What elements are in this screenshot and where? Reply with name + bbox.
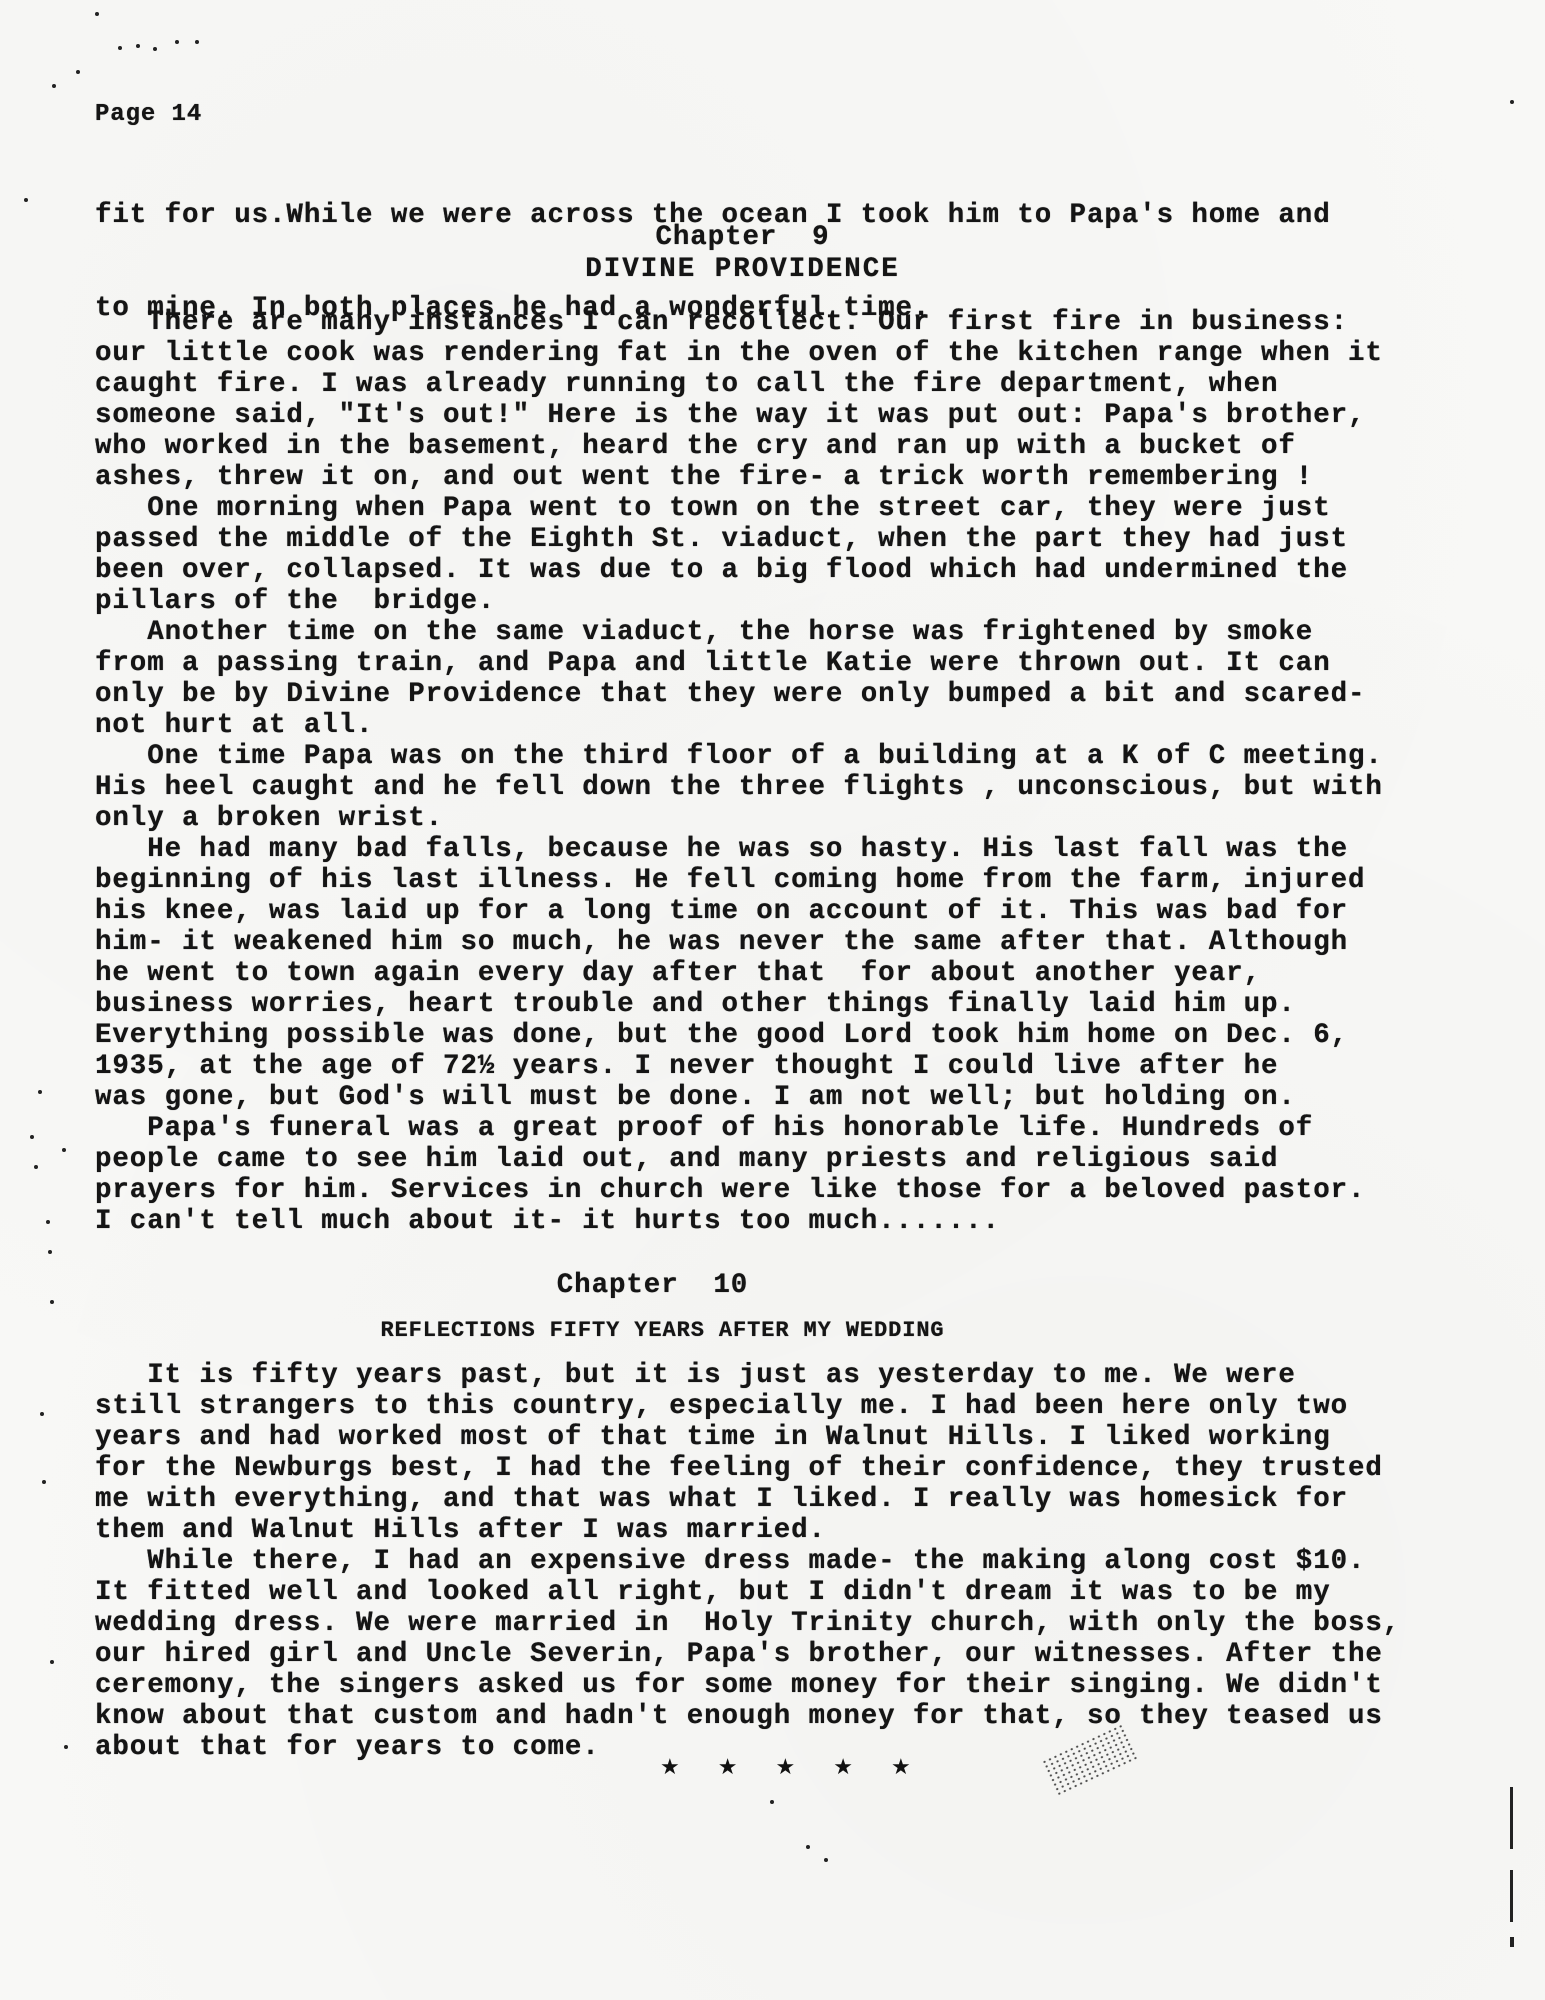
scan-speck <box>24 198 28 202</box>
margin-rule-mark <box>1510 1787 1513 1849</box>
text-line: One time Papa was on the third floor of … <box>95 741 1383 772</box>
end-ornament: ★★★★★ <box>660 1755 911 1780</box>
text-line: ceremony, the singers asked us for some … <box>95 1670 1400 1701</box>
text-line: pillars of the bridge. <box>95 586 1383 617</box>
scan-speck <box>46 1220 50 1224</box>
text-line: his knee, was laid up for a long time on… <box>95 896 1383 927</box>
text-line: There are many instances I can recollect… <box>95 307 1383 338</box>
text-line: prayers for him. Services in church were… <box>95 1175 1383 1206</box>
text-line: One morning when Papa went to town on th… <box>95 493 1383 524</box>
text-line: passed the middle of the Eighth St. viad… <box>95 524 1383 555</box>
chapter-9-body: There are many instances I can recollect… <box>95 307 1383 1237</box>
text-line: Papa's funeral was a great proof of his … <box>95 1113 1383 1144</box>
text-line: been over, collapsed. It was due to a bi… <box>95 555 1383 586</box>
text-line: him- it weakened him so much, he was nev… <box>95 927 1383 958</box>
margin-rule-mark <box>1510 1870 1513 1922</box>
scan-speck <box>38 1090 42 1094</box>
chapter-9-subtitle: DIVINE PROVIDENCE <box>0 254 1515 285</box>
text-line: It fitted well and looked all right, but… <box>95 1577 1400 1608</box>
text-line: he went to town again every day after th… <box>95 958 1383 989</box>
text-line: our hired girl and Uncle Severin, Papa's… <box>95 1639 1400 1670</box>
scan-speck <box>40 1412 44 1416</box>
text-line: was gone, but God's will must be done. I… <box>95 1082 1383 1113</box>
scan-speck <box>50 1660 54 1664</box>
text-line: I can't tell much about it- it hurts too… <box>95 1206 1383 1237</box>
text-line: caught fire. I was already running to ca… <box>95 369 1383 400</box>
text-line: He had many bad falls, because he was so… <box>95 834 1383 865</box>
star-icon: ★ <box>833 1755 853 1780</box>
star-icon: ★ <box>891 1755 911 1780</box>
text-line: them and Walnut Hills after I was marrie… <box>95 1515 1400 1546</box>
text-line: me with everything, and that was what I … <box>95 1484 1400 1515</box>
chapter-9-title: Chapter 9 <box>0 222 1515 253</box>
page-number: Page 14 <box>95 99 202 130</box>
star-icon: ★ <box>718 1755 738 1780</box>
text-line: from a passing train, and Papa and littl… <box>95 648 1383 679</box>
text-line: only a broken wrist. <box>95 803 1383 834</box>
text-line: our little cook was rendering fat in the… <box>95 338 1383 369</box>
scan-speck <box>64 1745 68 1749</box>
text-line: someone said, "It's out!" Here is the wa… <box>95 400 1383 431</box>
scan-speck <box>1510 100 1514 104</box>
scan-speck <box>153 47 157 51</box>
text-line: know about that custom and hadn't enough… <box>95 1701 1400 1732</box>
text-line: Another time on the same viaduct, the ho… <box>95 617 1383 648</box>
scan-speck <box>136 44 140 48</box>
scan-speck <box>824 1858 828 1862</box>
text-line: ashes, threw it on, and out went the fir… <box>95 462 1383 493</box>
scan-speck <box>48 1250 52 1254</box>
star-icon: ★ <box>775 1755 795 1780</box>
text-line: 1935, at the age of 72½ years. I never t… <box>95 1051 1383 1082</box>
text-line: It is fifty years past, but it is just a… <box>95 1360 1400 1391</box>
scan-speck <box>770 1800 774 1804</box>
scan-speck <box>175 40 179 44</box>
text-line: for the Newburgs best, I had the feeling… <box>95 1453 1400 1484</box>
scan-speck <box>195 40 199 44</box>
text-line: Everything possible was done, but the go… <box>95 1020 1383 1051</box>
text-line: business worries, heart trouble and othe… <box>95 989 1383 1020</box>
star-icon: ★ <box>660 1755 680 1780</box>
text-line: His heel caught and he fell down the thr… <box>95 772 1383 803</box>
text-line: who worked in the basement, heard the cr… <box>95 431 1383 462</box>
margin-rule-mark <box>1510 1937 1514 1947</box>
scan-speck <box>76 70 80 74</box>
text-line: wedding dress. We were married in Holy T… <box>95 1608 1400 1639</box>
text-line: While there, I had an expensive dress ma… <box>95 1546 1400 1577</box>
scan-speck <box>62 1148 66 1152</box>
scan-speck <box>52 84 56 88</box>
scanned-page: Page 14 fit for us.While we were across … <box>0 0 1545 2000</box>
text-line: people came to see him laid out, and man… <box>95 1144 1383 1175</box>
scan-speck <box>30 1135 34 1139</box>
text-line: years and had worked most of that time i… <box>95 1422 1400 1453</box>
text-line: not hurt at all. <box>95 710 1383 741</box>
scan-speck <box>806 1845 810 1849</box>
scan-speck <box>34 1165 38 1169</box>
chapter-10-title: Chapter 10 <box>0 1270 1425 1301</box>
scan-speck <box>95 12 99 16</box>
scan-speck <box>42 1480 46 1484</box>
scan-speck <box>118 46 122 50</box>
chapter-10-body: It is fifty years past, but it is just a… <box>95 1360 1400 1763</box>
chapter-10-subtitle: REFLECTIONS FIFTY YEARS AFTER MY WEDDING <box>0 1315 1435 1346</box>
text-line: only be by Divine Providence that they w… <box>95 679 1383 710</box>
text-line: still strangers to this country, especia… <box>95 1391 1400 1422</box>
text-line: beginning of his last illness. He fell c… <box>95 865 1383 896</box>
